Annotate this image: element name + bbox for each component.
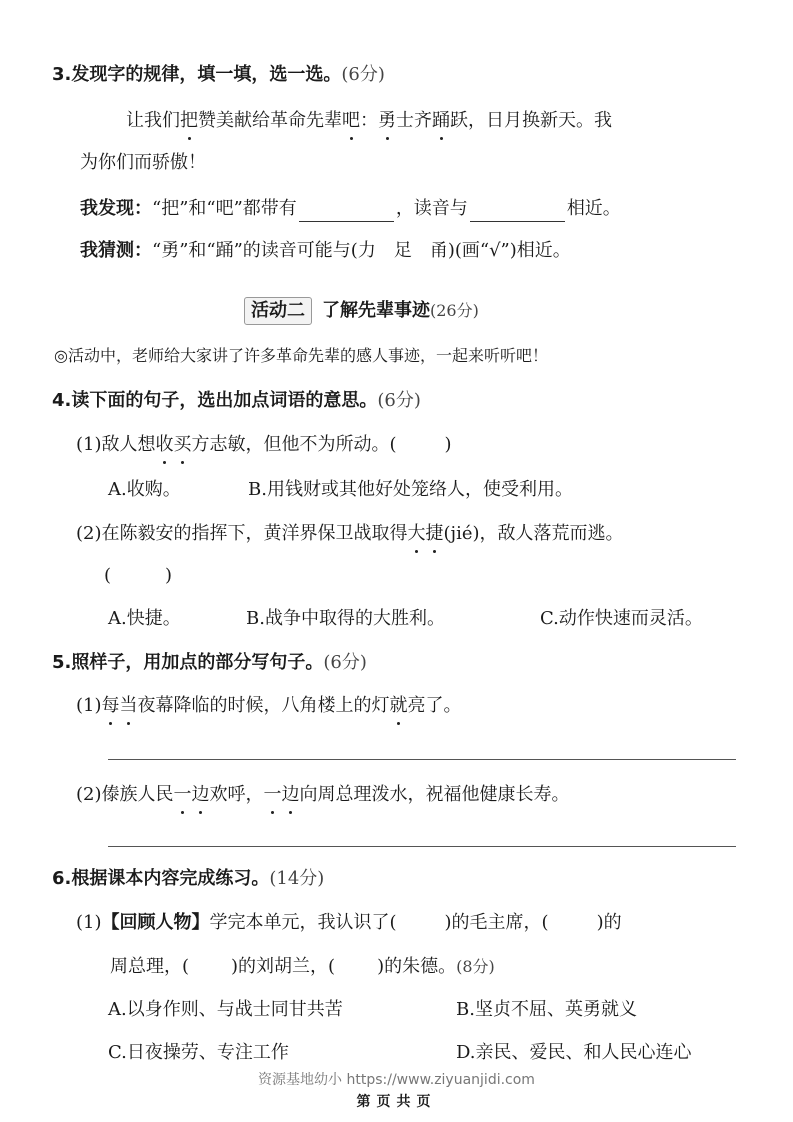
text: (1)敌人想 bbox=[76, 434, 156, 455]
q5-points: (6分) bbox=[323, 652, 367, 673]
dotted-char: 勇 bbox=[378, 108, 396, 134]
dotted-char: 一 bbox=[174, 782, 192, 808]
activity2-intro: ◎活动中，老师给大家讲了许多革命先辈的感人事迹，一起来听听吧！ bbox=[54, 343, 548, 369]
q3-title: 3.发现字的规律，填一填，选一选。(6分) bbox=[52, 62, 385, 88]
text: (1) bbox=[76, 695, 102, 716]
dotted-char: 大 bbox=[408, 521, 426, 547]
dotted-char: 踊 bbox=[432, 108, 450, 134]
q4-item1-option-b: B.用钱财或其他好处笼络人，使受利用。 bbox=[248, 477, 573, 503]
fill-blank-1[interactable] bbox=[299, 203, 394, 222]
q5-item1: (1)每当夜幕降临的时候，八角楼上的灯就亮了。 bbox=[76, 693, 462, 719]
activity-label-box: 活动二 bbox=[244, 297, 312, 325]
dotted-char: 当 bbox=[120, 693, 138, 719]
text: “勇”和“踊”的读音可能与(力 足 甬)(画“√”)相近。 bbox=[152, 240, 571, 261]
q4-item1-option-a: A.收购。 bbox=[108, 477, 181, 503]
text: 周总理，( bbox=[110, 956, 189, 977]
q3-discover: 我发现：“把”和“吧”都带有，读音与相近。 bbox=[80, 196, 621, 222]
q4-points: (6分) bbox=[377, 390, 421, 411]
text: )的朱德。 bbox=[377, 956, 456, 977]
q5-item2: (2)傣族人民一边欢呼，一边向周总理泼水，祝福他健康长寿。 bbox=[76, 782, 570, 808]
text: 学完本单元，我认识了( bbox=[210, 912, 397, 933]
q4-item2-answer-slot[interactable]: ( ) bbox=[104, 563, 172, 589]
dotted-char: 吧 bbox=[342, 108, 360, 134]
q5-item1-answer-line[interactable] bbox=[108, 759, 736, 760]
q6-points: (14分) bbox=[269, 868, 324, 889]
item-points: (8分) bbox=[456, 957, 495, 976]
text: “把”和“吧”都带有 bbox=[152, 198, 297, 219]
dotted-char: 把 bbox=[180, 108, 198, 134]
text: (jié)，敌人落荒而逃。 bbox=[444, 523, 624, 544]
text: ) bbox=[445, 434, 452, 455]
text: )的刘胡兰，( bbox=[231, 956, 335, 977]
q4-item2-option-c: C.动作快速而灵活。 bbox=[540, 606, 703, 632]
q4-item2-option-b: B.战争中取得的大胜利。 bbox=[246, 606, 445, 632]
q3-guess: 我猜测：“勇”和“踊”的读音可能与(力 足 甬)(画“√”)相近。 bbox=[80, 238, 571, 264]
q4-title-text: 4.读下面的句子，选出加点词语的意思。 bbox=[52, 390, 377, 411]
dotted-char: 每 bbox=[102, 693, 120, 719]
text: 欢呼， bbox=[210, 784, 264, 805]
text: 亮了。 bbox=[408, 695, 462, 716]
q3-passage-line1: 让我们把赞美献给革命先辈吧：勇士齐踊跃，日月换新天。我 bbox=[126, 108, 612, 134]
text: 赞美献给革命先辈 bbox=[198, 110, 342, 131]
q3-title-text: 3.发现字的规律，填一填，选一选。 bbox=[52, 64, 341, 85]
dotted-char: 买 bbox=[174, 432, 192, 458]
q3-points: (6分) bbox=[341, 64, 385, 85]
activity-points: (26分) bbox=[430, 301, 479, 320]
q6-item1-line2: 周总理，()的刘胡兰，()的朱德。(8分) bbox=[110, 954, 495, 980]
dotted-char: 一 bbox=[264, 782, 282, 808]
text: (2)在陈毅安的指挥下，黄洋界保卫战取得 bbox=[76, 523, 408, 544]
text: (2)傣族人民 bbox=[76, 784, 174, 805]
text: ： bbox=[360, 110, 378, 131]
discover-label: 我发现： bbox=[80, 198, 152, 219]
text: 方志敏，但他不为所动。( bbox=[192, 434, 397, 455]
dotted-char: 边 bbox=[192, 782, 210, 808]
q4-item2: (2)在陈毅安的指挥下，黄洋界保卫战取得大捷(jié)，敌人落荒而逃。 bbox=[76, 521, 624, 547]
fill-blank-2[interactable] bbox=[470, 203, 565, 222]
review-people-tag: 【回顾人物】 bbox=[102, 912, 210, 933]
q6-title: 6.根据课本内容完成练习。(14分) bbox=[52, 866, 324, 892]
text: ，读音与 bbox=[396, 198, 468, 219]
text: )的 bbox=[597, 912, 622, 933]
text: 士齐 bbox=[396, 110, 432, 131]
text: 让我们 bbox=[126, 110, 180, 131]
watermark: 资源基地幼小 https://www.ziyuanjidi.com bbox=[0, 1070, 793, 1090]
dotted-char: 边 bbox=[282, 782, 300, 808]
q3-passage-line2: 为你们而骄傲！ bbox=[80, 150, 206, 176]
q4-item2-option-a: A.快捷。 bbox=[108, 606, 181, 632]
q6-option-c: C.日夜操劳、专注工作 bbox=[108, 1040, 289, 1066]
page-footer: 第页共页 bbox=[0, 1092, 793, 1112]
q6-option-d: D.亲民、爱民、和人民心连心 bbox=[456, 1040, 692, 1066]
q5-item2-answer-line[interactable] bbox=[108, 846, 736, 847]
text: 相近。 bbox=[567, 198, 621, 219]
q5-title-text: 5.照样子，用加点的部分写句子。 bbox=[52, 652, 323, 673]
dotted-char: 就 bbox=[390, 693, 408, 719]
dotted-char: 收 bbox=[156, 432, 174, 458]
q6-title-text: 6.根据课本内容完成练习。 bbox=[52, 868, 269, 889]
q6-item1-line1: (1)【回顾人物】学完本单元，我认识了()的毛主席，()的 bbox=[76, 910, 622, 936]
text: 向周总理泼水，祝福他健康长寿。 bbox=[300, 784, 570, 805]
text: (1) bbox=[76, 912, 102, 933]
activity2-header: 活动二了解先辈事迹(26分) bbox=[244, 297, 479, 325]
q4-title: 4.读下面的句子，选出加点词语的意思。(6分) bbox=[52, 388, 421, 414]
text: 跃，日月换新天。我 bbox=[450, 110, 612, 131]
q6-option-b: B.坚贞不屈、英勇就义 bbox=[456, 997, 637, 1023]
guess-label: 我猜测： bbox=[80, 240, 152, 261]
q6-option-a: A.以身作则、与战士同甘共苦 bbox=[108, 997, 343, 1023]
q4-item1: (1)敌人想收买方志敏，但他不为所动。() bbox=[76, 432, 452, 458]
dotted-char: 捷 bbox=[426, 521, 444, 547]
activity-title: 了解先辈事迹 bbox=[322, 300, 430, 321]
text: )的毛主席，( bbox=[445, 912, 549, 933]
text: 夜幕降临的时候，八角楼上的灯 bbox=[138, 695, 390, 716]
q5-title: 5.照样子，用加点的部分写句子。(6分) bbox=[52, 650, 367, 676]
